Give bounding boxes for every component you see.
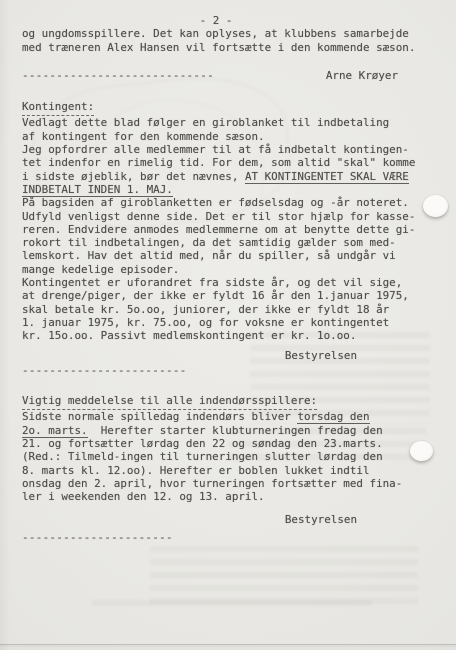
signature-arne-kroyer: Arne Krøyer: [326, 69, 398, 82]
typed-separator: ------------------------: [22, 364, 434, 377]
intro-signature-row: ---------------------------- Arne Krøyer: [22, 69, 434, 82]
notice-emphasis-2: 2o. marts.: [22, 424, 88, 438]
page-number: - 2 -: [22, 14, 434, 27]
section-heading-notice: Vigtig meddelelse til alle indendørsspil…: [22, 394, 434, 410]
signature-bestyrelsen: Bestyrelsen: [22, 349, 434, 362]
document-content: - 2 - og ungdomsspillere. Det kan oplyse…: [22, 14, 434, 544]
kontingent-emphasis-2: INDBETALT INDEN 1. MAJ.: [22, 183, 173, 197]
scanned-document-page: - 2 - og ungdomsspillere. Det kan oplyse…: [0, 0, 456, 650]
typed-separator: ----------------------: [22, 531, 434, 544]
typed-separator: ----------------------------: [22, 69, 214, 82]
scan-edge-shadow: [0, 0, 10, 650]
bleed-through-text: [150, 546, 418, 604]
notice-emphasis-1: torsdag den: [297, 410, 369, 424]
notice-body-text: Sidste normale spilledag indendørs blive…: [22, 410, 297, 423]
kontingent-paragraph: Vedlagt dette blad følger en giroblanket…: [22, 116, 434, 342]
signature-bestyrelsen: Bestyrelsen: [22, 513, 434, 526]
kontingent-body-text: På bagsiden af giroblanketten er fødsels…: [22, 196, 415, 342]
heading-underlined-text: Kontingent:: [22, 100, 94, 116]
section-heading-kontingent: Kontingent:: [22, 100, 434, 116]
heading-underlined-text: Vigtig meddelelse til alle indendørsspil…: [22, 394, 317, 410]
intro-paragraph: og ungdomsspillere. Det kan oplyses, at …: [22, 27, 434, 54]
kontingent-emphasis-1: AT KONTINGENTET SKAL VÆRE: [245, 170, 409, 184]
scan-fold-line: [0, 642, 456, 650]
bleed-through-text: [92, 600, 372, 612]
notice-paragraph: Sidste normale spilledag indendørs blive…: [22, 410, 434, 503]
